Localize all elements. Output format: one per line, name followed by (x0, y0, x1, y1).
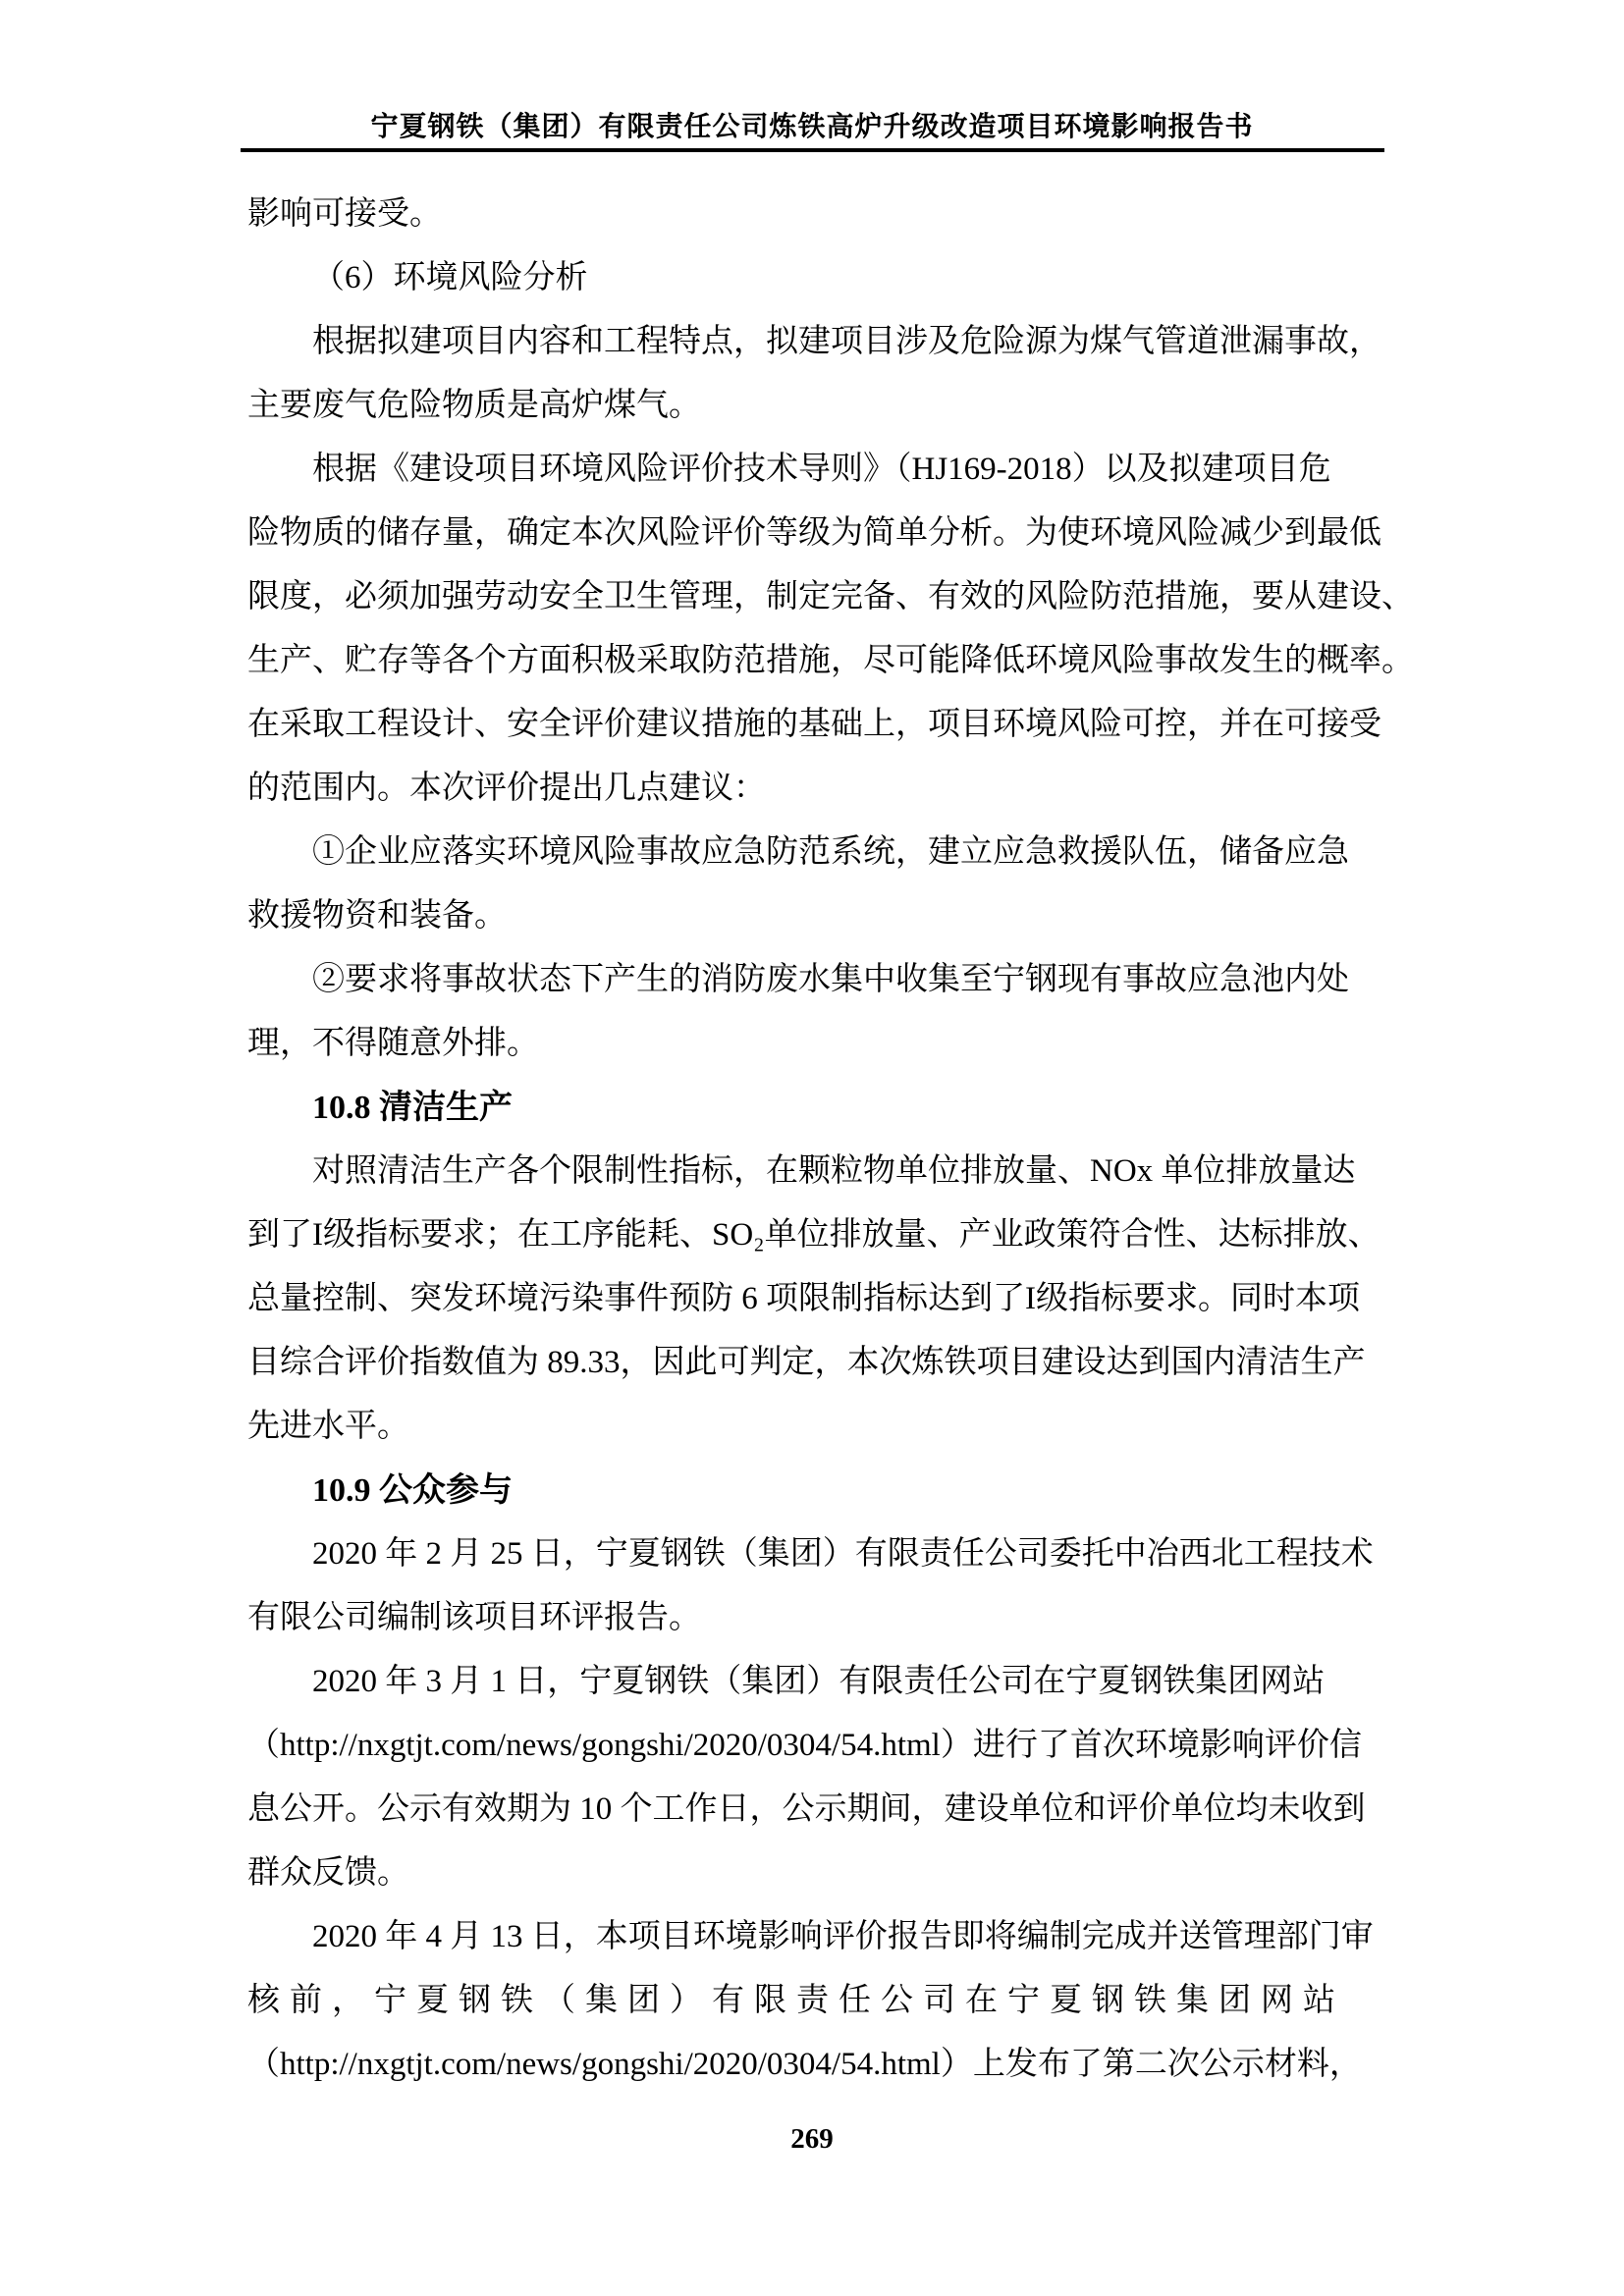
text-line: 的范围内。本次评价提出几点建议： (247, 757, 1384, 821)
text-line: 2020 年 4 月 13 日，本项目环境影响评价报告即将编制完成并送管理部门审 (247, 1905, 1384, 1969)
text-line: 先进水平。 (247, 1395, 1384, 1459)
text-line: 险物质的储存量，确定本次风险评价等级为简单分析。为使环境风险减少到最低 (247, 502, 1384, 565)
text-line: （http://nxgtjt.com/news/gongshi/2020/030… (247, 2033, 1384, 2097)
text-line: 目综合评价指数值为 89.33，因此可判定，本次炼铁项目建设达到国内清洁生产 (247, 1331, 1384, 1395)
text-line: 核前，宁夏钢铁（集团）有限责任公司在宁夏钢铁集团网站 (247, 1969, 1384, 2033)
page-header-rule (241, 148, 1384, 152)
text-line: （6）环境风险分析 (247, 246, 1384, 310)
document-body: 影响可接受。（6）环境风险分析根据拟建项目内容和工程特点，拟建项目涉及危险源为煤… (247, 183, 1384, 2097)
text-line: ②要求将事故状态下产生的消防废水集中收集至宁钢现有事故应急池内处 (247, 948, 1384, 1012)
text-line: 到了I级指标要求；在工序能耗、SO₂单位排放量、产业政策符合性、达标排放、 (247, 1203, 1384, 1267)
document-page: { "page": { "header": { "title": "宁夏钢铁（集… (0, 0, 1624, 2296)
text-line: 2020 年 2 月 25 日，宁夏钢铁（集团）有限责任公司委托中冶西北工程技术 (247, 1522, 1384, 1586)
text-line: 影响可接受。 (247, 183, 1384, 246)
text-line: 理，不得随意外排。 (247, 1012, 1384, 1076)
text-line: （http://nxgtjt.com/news/gongshi/2020/030… (247, 1714, 1384, 1778)
text-line: 根据拟建项目内容和工程特点，拟建项目涉及危险源为煤气管道泄漏事故， (247, 310, 1384, 374)
text-line: 生产、贮存等各个方面积极采取防范措施，尽可能降低环境风险事故发生的概率。 (247, 629, 1384, 693)
text-line: 总量控制、突发环境污染事件预防 6 项限制指标达到了I级指标要求。同时本项 (247, 1267, 1384, 1331)
text-line: 有限公司编制该项目环评报告。 (247, 1586, 1384, 1650)
text-line: 在采取工程设计、安全评价建议措施的基础上，项目环境风险可控，并在可接受 (247, 693, 1384, 757)
section-heading: 10.9 公众参与 (247, 1459, 1384, 1522)
text-line: 群众反馈。 (247, 1842, 1384, 1905)
text-line: 救援物资和装备。 (247, 884, 1384, 948)
section-heading: 10.8 清洁生产 (247, 1076, 1384, 1140)
text-line: 2020 年 3 月 1 日，宁夏钢铁（集团）有限责任公司在宁夏钢铁集团网站 (247, 1650, 1384, 1714)
text-line: ①企业应落实环境风险事故应急防范系统，建立应急救援队伍，储备应急 (247, 821, 1384, 884)
text-line: 根据《建设项目环境风险评价技术导则》（HJ169-2018）以及拟建项目危 (247, 438, 1384, 502)
text-line: 主要废气危险物质是高炉煤气。 (247, 374, 1384, 438)
text-line: 对照清洁生产各个限制性指标，在颗粒物单位排放量、NOx 单位排放量达 (247, 1140, 1384, 1203)
page-header-title: 宁夏钢铁（集团）有限责任公司炼铁高炉升级改造项目环境影响报告书 (0, 108, 1624, 147)
text-line: 限度，必须加强劳动安全卫生管理，制定完备、有效的风险防范措施，要从建设、 (247, 565, 1384, 629)
page-number: 269 (0, 2122, 1624, 2156)
text-line: 息公开。公示有效期为 10 个工作日，公示期间，建设单位和评价单位均未收到 (247, 1778, 1384, 1842)
